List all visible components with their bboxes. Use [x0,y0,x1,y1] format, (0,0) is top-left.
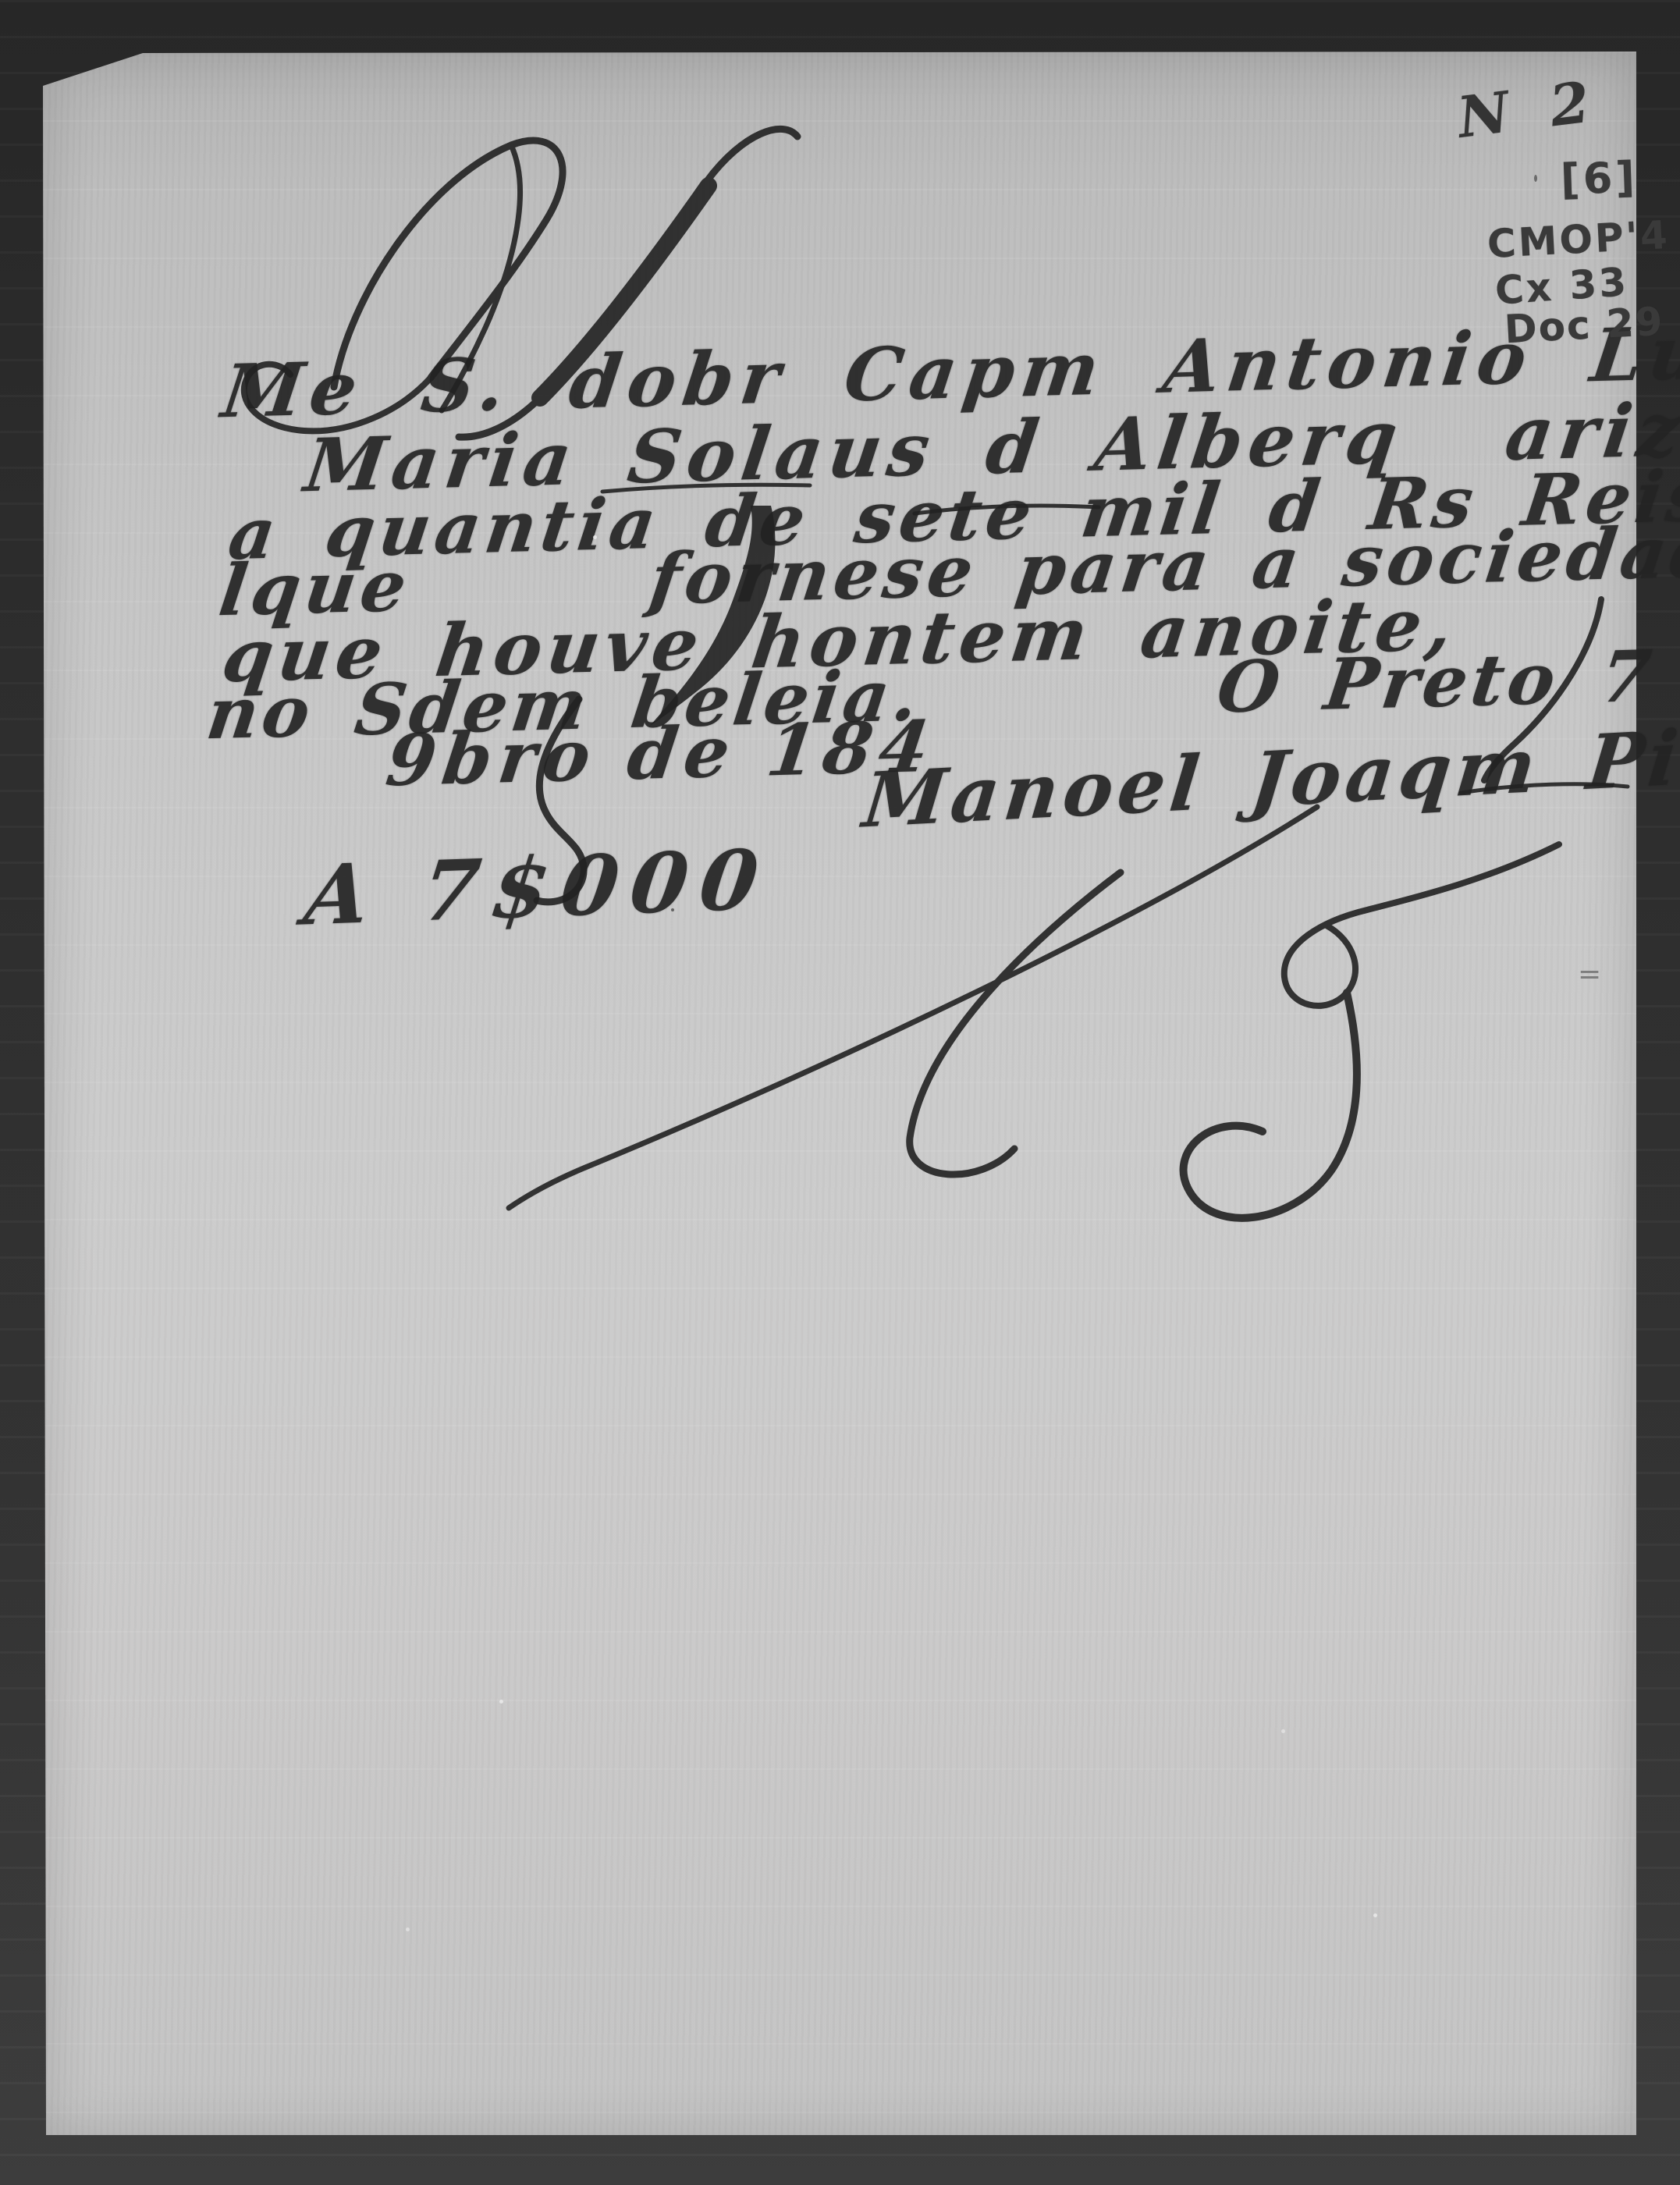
body-text-flourishes [537,485,1601,902]
scanner-background: Me S. dobr Capm Antonio Luiz Maria Solau… [0,0,1680,2185]
descender-swash [1484,599,1601,780]
giant-seven-swash [650,506,775,726]
signature-paraph [509,784,1628,1218]
opening-flourish-monogram [244,129,797,437]
ink-flourishes-layer [0,0,1680,2185]
